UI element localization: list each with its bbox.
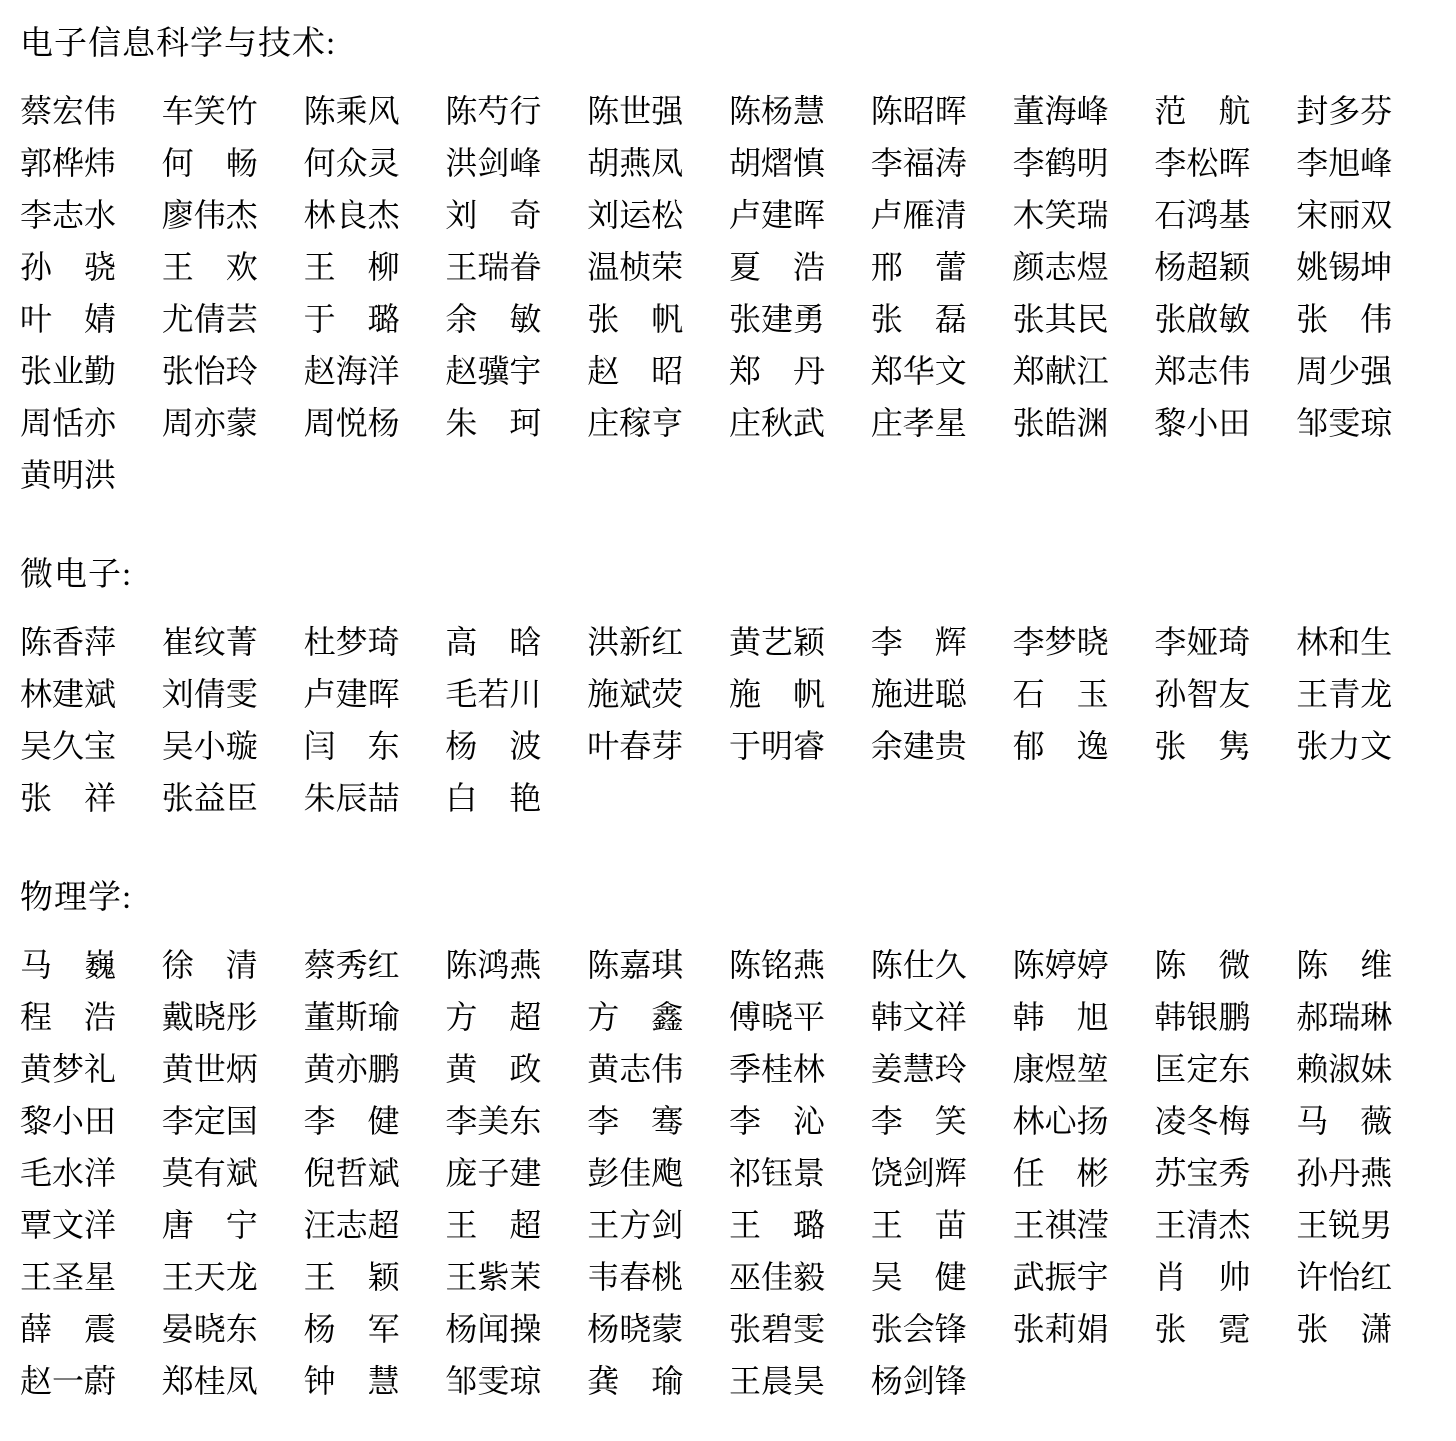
name-item: 温桢荣 [587,241,683,293]
name-item: 郭桦炜 [20,137,116,189]
name-item: 苏宝秀 [1154,1147,1250,1199]
name-item: 黎小田 [20,1095,116,1147]
name-item: 王瑞眷 [445,241,541,293]
name-item: 张益臣 [162,772,258,824]
name-item: 钟 慧 [304,1355,400,1407]
name-item: 王圣星 [20,1251,116,1303]
name-item: 张会锋 [871,1303,967,1355]
name-item: 郑 丹 [729,345,825,397]
name-item: 何众灵 [304,137,400,189]
name-item: 饶剑辉 [871,1147,967,1199]
name-item: 黄明洪 [20,449,116,501]
section-title: 电子信息科学与技术: [20,18,1438,70]
name-item: 木笑瑞 [1013,189,1109,241]
name-row: 陈香萍崔纹菁杜梦琦高 晗洪新红黄艺颖李 辉李梦晓李娅琦林和生 [20,616,1438,668]
name-item: 姚锡坤 [1296,241,1392,293]
name-item: 庄稼亨 [587,397,683,449]
name-item: 毛水洋 [20,1147,116,1199]
name-item: 匡定东 [1154,1043,1250,1095]
name-row: 蔡宏伟车笑竹陈乘风陈芍行陈世强陈杨慧陈昭晖董海峰范 航封多芬 [20,85,1438,137]
name-item: 薛 震 [20,1303,116,1355]
name-item: 黄梦礼 [20,1043,116,1095]
name-item: 唐 宁 [162,1199,258,1251]
name-item: 颜志煜 [1013,241,1109,293]
name-item: 方 鑫 [587,991,683,1043]
name-row: 程 浩戴晓彤董斯瑜方 超方 鑫傅晓平韩文祥韩 旭韩银鹏郝瑞琳 [20,991,1438,1043]
name-item: 马 巍 [20,939,116,991]
name-item: 庄秋武 [729,397,825,449]
name-item: 高 晗 [445,616,541,668]
name-item: 张建勇 [729,293,825,345]
name-item: 庞子建 [445,1147,541,1199]
section-title: 微电子: [20,549,1438,601]
name-item: 张莉娟 [1013,1303,1109,1355]
name-item: 张 霓 [1154,1303,1250,1355]
name-item: 王 苗 [871,1199,967,1251]
name-item: 何 畅 [162,137,258,189]
name-item: 陈世强 [587,85,683,137]
name-row: 张 祥张益臣朱辰喆白 艳 [20,772,1438,824]
name-item: 施斌荧 [587,668,683,720]
name-item: 李 骞 [587,1095,683,1147]
name-item: 王 颖 [304,1251,400,1303]
name-item: 李福涛 [871,137,967,189]
name-row: 王圣星王天龙王 颖王紫茉韦春桃巫佳毅吴 健武振宇肖 帅许怡红 [20,1251,1438,1303]
name-item: 黎小田 [1154,397,1250,449]
name-item: 陈芍行 [445,85,541,137]
name-item: 林建斌 [20,668,116,720]
name-item: 邹雯琼 [1296,397,1392,449]
name-item: 李 健 [304,1095,400,1147]
name-item: 廖伟杰 [162,189,258,241]
name-item: 于明睿 [729,720,825,772]
name-item: 李 沁 [729,1095,825,1147]
name-item: 刘 奇 [445,189,541,241]
name-item: 吴 健 [871,1251,967,1303]
name-item: 胡燕凤 [587,137,683,189]
name-item: 杨 波 [445,720,541,772]
name-item: 余建贵 [871,720,967,772]
name-item: 郑桂凤 [162,1355,258,1407]
name-item: 林心扬 [1013,1095,1109,1147]
name-row: 马 巍徐 清蔡秀红陈鸿燕陈嘉琪陈铭燕陈仕久陈婷婷陈 微陈 维 [20,939,1438,991]
name-item: 李 笑 [871,1095,967,1147]
name-row: 叶 婧尤倩芸于 璐余 敏张 帆张建勇张 磊张其民张啟敏张 伟 [20,293,1438,345]
name-item: 郁 逸 [1013,720,1109,772]
name-item: 张 磊 [871,293,967,345]
name-item: 程 浩 [20,991,116,1043]
name-item: 王晨昊 [729,1355,825,1407]
name-item: 庄孝星 [871,397,967,449]
name-item: 郑献江 [1013,345,1109,397]
name-item: 张其民 [1013,293,1109,345]
name-item: 施进聪 [871,668,967,720]
name-item: 卢雁清 [871,189,967,241]
name-item: 洪剑峰 [445,137,541,189]
name-item: 李定国 [162,1095,258,1147]
name-item: 夏 浩 [729,241,825,293]
name-item: 张业勤 [20,345,116,397]
name-item: 郑志伟 [1154,345,1250,397]
name-item: 韩 旭 [1013,991,1109,1043]
name-row: 毛水洋莫有斌倪哲斌庞子建彭佳飑祁钰景饶剑辉任 彬苏宝秀孙丹燕 [20,1147,1438,1199]
name-item: 闫 东 [304,720,400,772]
name-item: 张 帆 [587,293,683,345]
name-item: 董斯瑜 [304,991,400,1043]
name-item: 于 璐 [304,293,400,345]
name-item: 陈昭晖 [871,85,967,137]
name-item: 黄艺颖 [729,616,825,668]
name-item: 陈婷婷 [1013,939,1109,991]
name-item: 黄 政 [445,1043,541,1095]
name-item: 马 薇 [1296,1095,1392,1147]
name-item: 王 欢 [162,241,258,293]
name-item: 覃文洋 [20,1199,116,1251]
name-item: 石 玉 [1013,668,1109,720]
name-item: 朱辰喆 [304,772,400,824]
name-item: 孙智友 [1154,668,1250,720]
name-item: 陈 维 [1296,939,1392,991]
name-item: 傅晓平 [729,991,825,1043]
name-item: 倪哲斌 [304,1147,400,1199]
name-item: 黄亦鹏 [304,1043,400,1095]
name-item: 郑华文 [871,345,967,397]
name-item: 姜慧玲 [871,1043,967,1095]
name-item: 赵一蔚 [20,1355,116,1407]
name-item: 周亦蒙 [162,397,258,449]
name-item: 韦春桃 [587,1251,683,1303]
name-item: 康煜堃 [1013,1043,1109,1095]
name-item: 陈仕久 [871,939,967,991]
name-item: 胡熠慎 [729,137,825,189]
name-item: 李松晖 [1154,137,1250,189]
name-item: 邹雯琼 [445,1355,541,1407]
name-item: 邢 蕾 [871,241,967,293]
sections-container: 电子信息科学与技术:蔡宏伟车笑竹陈乘风陈芍行陈世强陈杨慧陈昭晖董海峰范 航封多芬… [20,18,1438,1407]
name-item: 许怡红 [1296,1251,1392,1303]
name-item: 王紫茉 [445,1251,541,1303]
name-item: 周悦杨 [304,397,400,449]
name-item: 赖淑妹 [1296,1043,1392,1095]
name-item: 封多芬 [1296,85,1392,137]
name-item: 杨闻操 [445,1303,541,1355]
name-item: 刘运松 [587,189,683,241]
name-item: 陈铭燕 [729,939,825,991]
name-item: 王 超 [445,1199,541,1251]
name-item: 李志水 [20,189,116,241]
name-item: 徐 清 [162,939,258,991]
name-row: 覃文洋唐 宁汪志超王 超王方剑王 璐王 苗王祺滢王清杰王锐男 [20,1199,1438,1251]
name-item: 张怡玲 [162,345,258,397]
name-item: 张碧雯 [729,1303,825,1355]
name-item: 叶春芽 [587,720,683,772]
name-item: 张 隽 [1154,720,1250,772]
name-item: 黄世炳 [162,1043,258,1095]
name-item: 王 柳 [304,241,400,293]
name-item: 车笑竹 [162,85,258,137]
name-row: 张业勤张怡玲赵海洋赵骥宇赵 昭郑 丹郑华文郑献江郑志伟周少强 [20,345,1438,397]
name-item: 黄志伟 [587,1043,683,1095]
name-item: 王 璐 [729,1199,825,1251]
name-item: 李鹤明 [1013,137,1109,189]
name-item: 龚 瑜 [587,1355,683,1407]
name-item: 张 潇 [1296,1303,1392,1355]
name-item: 祁钰景 [729,1147,825,1199]
name-item: 陈 微 [1154,939,1250,991]
name-item: 汪志超 [304,1199,400,1251]
name-row: 郭桦炜何 畅何众灵洪剑峰胡燕凤胡熠慎李福涛李鹤明李松晖李旭峰 [20,137,1438,189]
name-item: 洪新红 [587,616,683,668]
name-item: 白 艳 [445,772,541,824]
name-item: 张皓渊 [1013,397,1109,449]
name-item: 赵 昭 [587,345,683,397]
name-item: 施 帆 [729,668,825,720]
name-item: 李 辉 [871,616,967,668]
name-item: 王锐男 [1296,1199,1392,1251]
name-item: 陈嘉琪 [587,939,683,991]
name-item: 张 伟 [1296,293,1392,345]
name-item: 范 航 [1154,85,1250,137]
major-section-0: 电子信息科学与技术:蔡宏伟车笑竹陈乘风陈芍行陈世强陈杨慧陈昭晖董海峰范 航封多芬… [20,18,1438,501]
name-item: 王天龙 [162,1251,258,1303]
name-item: 王方剑 [587,1199,683,1251]
name-item: 朱 珂 [445,397,541,449]
name-item: 宋丽双 [1296,189,1392,241]
name-item: 韩文祥 [871,991,967,1043]
name-item: 张啟敏 [1154,293,1250,345]
name-item: 林和生 [1296,616,1392,668]
name-item: 陈香萍 [20,616,116,668]
name-item: 季桂林 [729,1043,825,1095]
section-title: 物理学: [20,872,1438,924]
name-item: 巫佳毅 [729,1251,825,1303]
name-row: 吴久宝吴小璇闫 东杨 波叶春芽于明睿余建贵郁 逸张 隽张力文 [20,720,1438,772]
name-item: 李美东 [445,1095,541,1147]
name-row: 薛 震晏晓东杨 军杨闻操杨晓蒙张碧雯张会锋张莉娟张 霓张 潇 [20,1303,1438,1355]
name-item: 郝瑞琳 [1296,991,1392,1043]
name-item: 吴小璇 [162,720,258,772]
name-item: 陈乘风 [304,85,400,137]
name-item: 卢建晖 [304,668,400,720]
name-item: 武振宇 [1013,1251,1109,1303]
name-item: 王青龙 [1296,668,1392,720]
name-item: 张 祥 [20,772,116,824]
name-row: 李志水廖伟杰林良杰刘 奇刘运松卢建晖卢雁清木笑瑞石鸿基宋丽双 [20,189,1438,241]
name-item: 叶 婧 [20,293,116,345]
name-list-document: 电子信息科学与技术:蔡宏伟车笑竹陈乘风陈芍行陈世强陈杨慧陈昭晖董海峰范 航封多芬… [0,0,1456,1441]
name-item: 彭佳飑 [587,1147,683,1199]
name-item: 任 彬 [1013,1147,1109,1199]
name-row: 黎小田李定国李 健李美东李 骞李 沁李 笑林心扬凌冬梅马 薇 [20,1095,1438,1147]
name-row: 林建斌刘倩雯卢建晖毛若川施斌荧施 帆施进聪石 玉孙智友王青龙 [20,668,1438,720]
name-item: 凌冬梅 [1154,1095,1250,1147]
name-item: 蔡宏伟 [20,85,116,137]
name-item: 杨超颖 [1154,241,1250,293]
name-item: 陈杨慧 [729,85,825,137]
name-row: 黄明洪 [20,449,1438,501]
name-item: 崔纹菁 [162,616,258,668]
name-item: 杨晓蒙 [587,1303,683,1355]
name-item: 周少强 [1296,345,1392,397]
name-item: 刘倩雯 [162,668,258,720]
major-section-1: 微电子:陈香萍崔纹菁杜梦琦高 晗洪新红黄艺颖李 辉李梦晓李娅琦林和生林建斌刘倩雯… [20,549,1438,824]
name-row: 赵一蔚郑桂凤钟 慧邹雯琼龚 瑜王晨昊杨剑锋 [20,1355,1438,1407]
name-item: 吴久宝 [20,720,116,772]
name-item: 周恬亦 [20,397,116,449]
name-item: 杨剑锋 [871,1355,967,1407]
name-item: 肖 帅 [1154,1251,1250,1303]
name-item: 李梦晓 [1013,616,1109,668]
name-item: 杨 军 [304,1303,400,1355]
name-item: 陈鸿燕 [445,939,541,991]
name-item: 杜梦琦 [304,616,400,668]
name-item: 林良杰 [304,189,400,241]
name-item: 赵骥宇 [445,345,541,397]
name-item: 张力文 [1296,720,1392,772]
name-item: 方 超 [445,991,541,1043]
name-item: 毛若川 [445,668,541,720]
major-section-2: 物理学:马 巍徐 清蔡秀红陈鸿燕陈嘉琪陈铭燕陈仕久陈婷婷陈 微陈 维程 浩戴晓彤… [20,872,1438,1407]
name-item: 王祺滢 [1013,1199,1109,1251]
name-item: 孙丹燕 [1296,1147,1392,1199]
name-item: 孙 骁 [20,241,116,293]
name-item: 余 敏 [445,293,541,345]
name-item: 晏晓东 [162,1303,258,1355]
name-item: 李娅琦 [1154,616,1250,668]
name-item: 李旭峰 [1296,137,1392,189]
name-item: 赵海洋 [304,345,400,397]
name-item: 董海峰 [1013,85,1109,137]
name-item: 韩银鹏 [1154,991,1250,1043]
name-row: 孙 骁王 欢王 柳王瑞眷温桢荣夏 浩邢 蕾颜志煜杨超颖姚锡坤 [20,241,1438,293]
name-item: 蔡秀红 [304,939,400,991]
name-item: 戴晓彤 [162,991,258,1043]
name-item: 王清杰 [1154,1199,1250,1251]
name-item: 石鸿基 [1154,189,1250,241]
name-row: 周恬亦周亦蒙周悦杨朱 珂庄稼亨庄秋武庄孝星张皓渊黎小田邹雯琼 [20,397,1438,449]
name-item: 尤倩芸 [162,293,258,345]
name-row: 黄梦礼黄世炳黄亦鹏黄 政黄志伟季桂林姜慧玲康煜堃匡定东赖淑妹 [20,1043,1438,1095]
name-item: 莫有斌 [162,1147,258,1199]
name-item: 卢建晖 [729,189,825,241]
